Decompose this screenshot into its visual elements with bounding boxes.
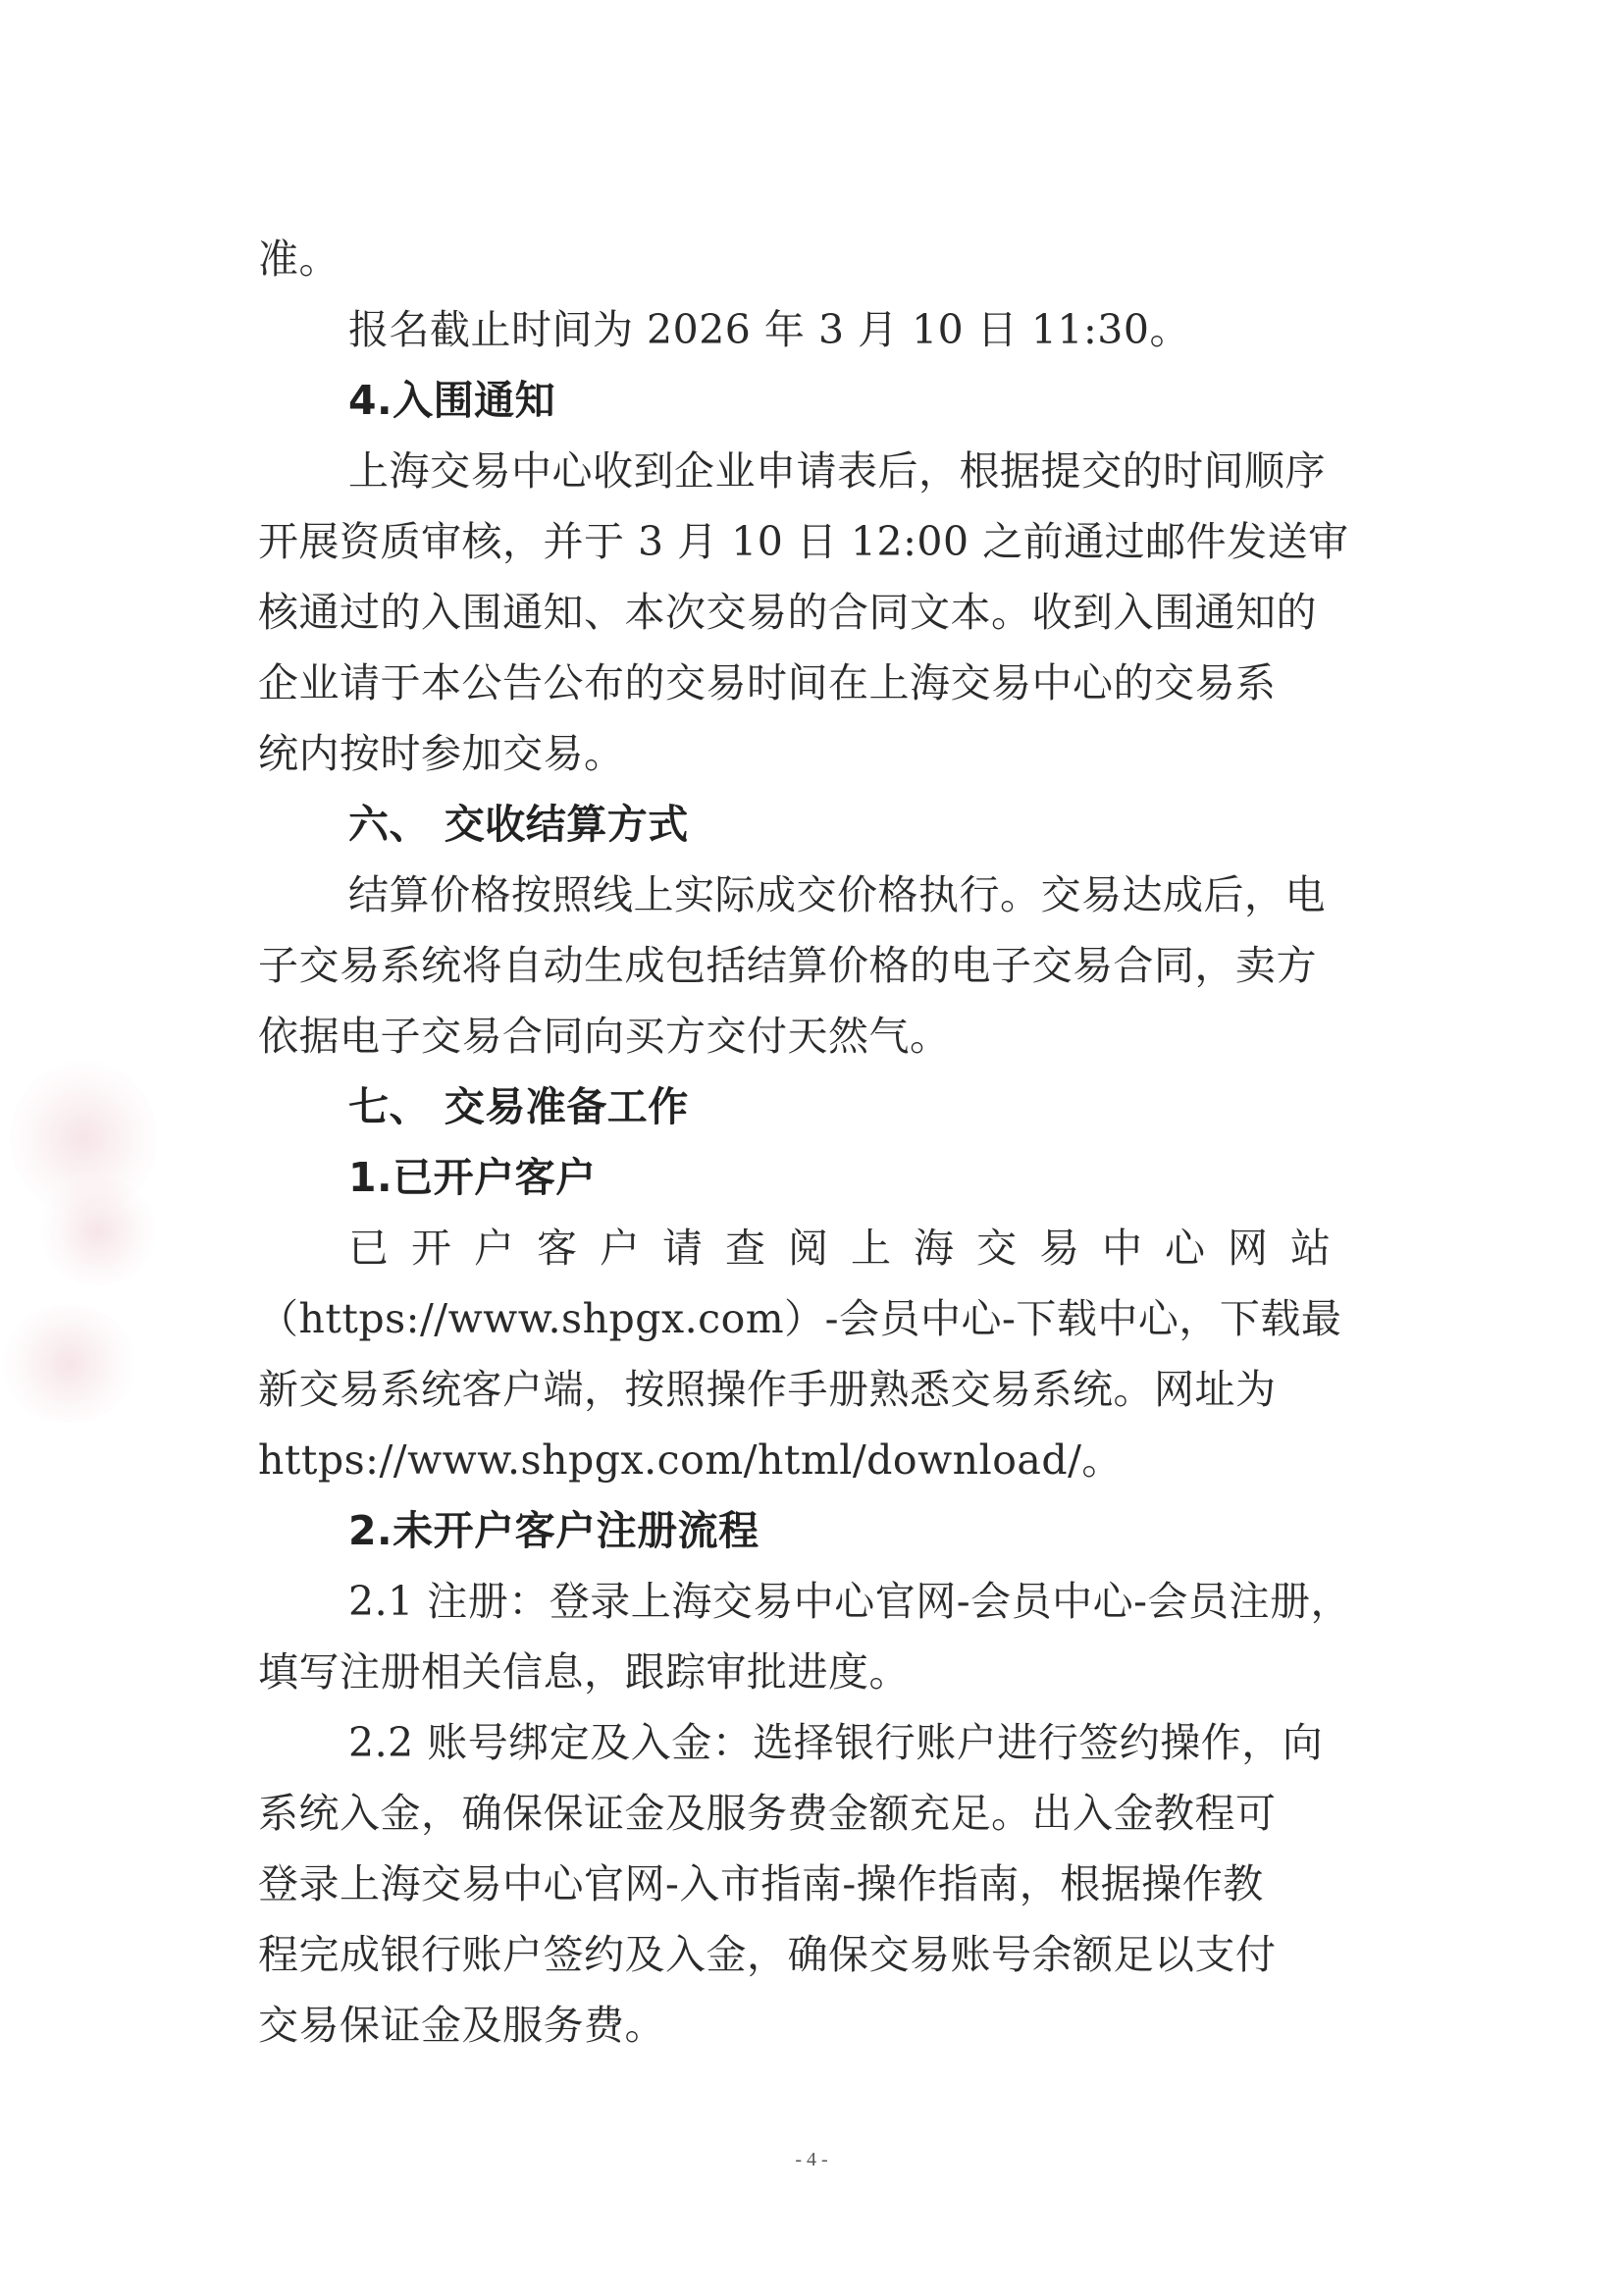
paragraph-line: 结算价格按照线上实际成交价格执行。交易达成后，电 bbox=[258, 860, 1385, 930]
paragraph-line: 企业请于本公告公布的交易时间在上海交易中心的交易系 bbox=[258, 648, 1385, 718]
paragraph-line-with-url: （https://www.shpgx.com）-会员中心-下载中心，下载最 bbox=[258, 1283, 1385, 1354]
paragraph-line: 2.1 注册：登录上海交易中心官网-会员中心-会员注册， bbox=[258, 1566, 1385, 1637]
section-heading-settlement: 六、 交收结算方式 bbox=[258, 789, 1385, 860]
paragraph-line: 登录上海交易中心官网-入市指南-操作指南，根据操作教 bbox=[258, 1849, 1385, 1919]
paragraph-line: 统内按时参加交易。 bbox=[258, 718, 1385, 789]
registration-deadline: 报名截止时间为 2026 年 3 月 10 日 11:30。 bbox=[258, 294, 1385, 365]
seal-stain-mark bbox=[0, 1305, 137, 1423]
paragraph-line: 开展资质审核，并于 3 月 10 日 12:00 之前通过邮件发送审 bbox=[258, 506, 1385, 577]
page-number: - 4 - bbox=[0, 2149, 1623, 2171]
paragraph-line: 交易保证金及服务费。 bbox=[258, 1990, 1385, 2061]
document-body: 准。 报名截止时间为 2026 年 3 月 10 日 11:30。 4.入围通知… bbox=[258, 224, 1385, 2061]
download-url-text: https://www.shpgx.com/html/download/。 bbox=[258, 1425, 1385, 1495]
paragraph-line: 填写注册相关信息，跟踪审批进度。 bbox=[258, 1637, 1385, 1707]
paragraph-line: 子交易系统将自动生成包括结算价格的电子交易合同，卖方 bbox=[258, 930, 1385, 1001]
subsection-heading-existing-clients: 1.已开户客户 bbox=[258, 1142, 1385, 1213]
document-page: 准。 报名截止时间为 2026 年 3 月 10 日 11:30。 4.入围通知… bbox=[0, 0, 1623, 2296]
paragraph-line: 依据电子交易合同向买方交付天然气。 bbox=[258, 1001, 1385, 1071]
paragraph-line: 核通过的入围通知、本次交易的合同文本。收到入围通知的 bbox=[258, 577, 1385, 648]
paragraph-line: 准。 bbox=[258, 224, 1385, 294]
paragraph-line: 系统入金，确保保证金及服务费金额充足。出入金教程可 bbox=[258, 1778, 1385, 1849]
section-heading-trading-preparation: 七、 交易准备工作 bbox=[258, 1071, 1385, 1142]
paragraph-line: 新交易系统客户端，按照操作手册熟悉交易系统。网址为 bbox=[258, 1354, 1385, 1425]
paragraph-line: 已开户客户请查阅上海交易中心网站 bbox=[258, 1213, 1385, 1283]
paragraph-line: 上海交易中心收到企业申请表后，根据提交的时间顺序 bbox=[258, 436, 1385, 506]
seal-stain-mark bbox=[39, 1177, 157, 1285]
paragraph-line: 程完成银行账户签约及入金，确保交易账号余额足以支付 bbox=[258, 1919, 1385, 1990]
section-heading-shortlist-notice: 4.入围通知 bbox=[258, 365, 1385, 436]
subsection-heading-new-client-registration: 2.未开户客户注册流程 bbox=[258, 1495, 1385, 1566]
paragraph-line: 2.2 账号绑定及入金：选择银行账户进行签约操作，向 bbox=[258, 1707, 1385, 1778]
